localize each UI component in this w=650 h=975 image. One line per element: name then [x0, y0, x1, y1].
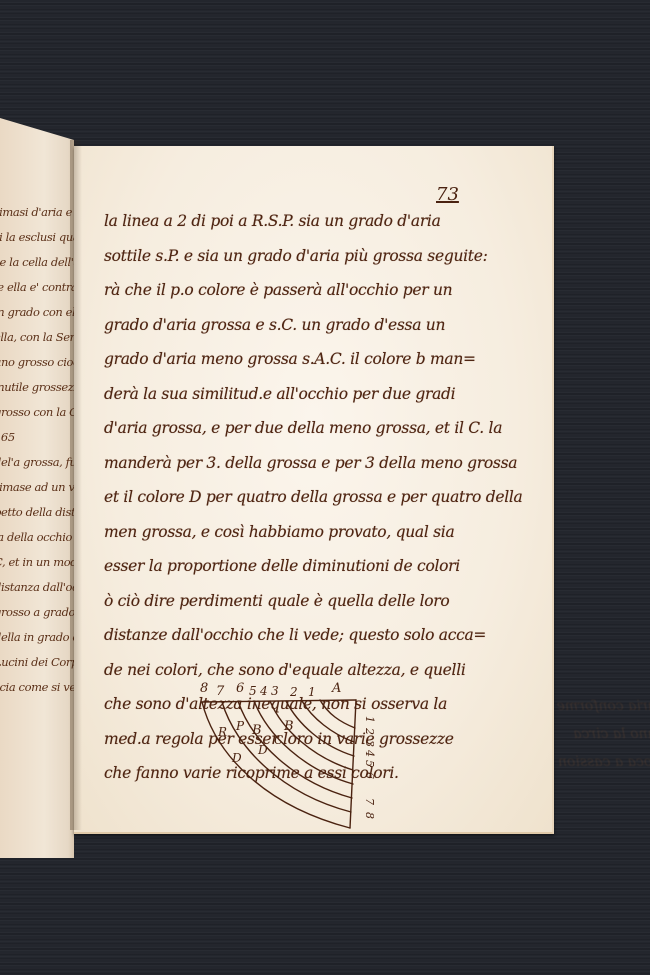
left-line: distanza dall'occhio a [0, 575, 74, 600]
left-line: in grado con ella arangia [0, 300, 74, 325]
manuscript-line: la linea a 2 di poi a R.S.P. sia un grad… [104, 204, 494, 239]
diagram-side-label: 3 [363, 740, 376, 747]
diagram-top-label: 1 [308, 685, 316, 699]
diagram-point-label: D [231, 751, 242, 765]
left-line: se la cella dell'arangia [0, 250, 74, 275]
diagram-top-label: 8 [200, 681, 208, 696]
left-page-text: rimasi d'aria e uno inferior a ri la esc… [0, 200, 74, 700]
diagram-corner-label-a: A [331, 681, 341, 696]
diagram-top-label: 4 [259, 684, 268, 698]
book-gutter-shadow [70, 140, 82, 830]
manuscript-line: d'aria grossa, e per due della meno gros… [104, 411, 494, 446]
manuscript-line: men grossa, e così habbiamo provato, qua… [104, 515, 494, 550]
diagram-side-label: 1 [363, 716, 376, 723]
left-page-verso: rimasi d'aria e uno inferior a ri la esc… [0, 118, 74, 858]
diagram-drawing: 8 7 6 5 4 3 2 1 A 1 2 3 4 5 6 7 8 R P B [196, 676, 376, 836]
left-line: Lucini dei Corpi, che [0, 650, 74, 675]
left-line: inutile grossezza d'aranzo [0, 375, 74, 400]
manuscript-line: ò ciò dire perdimenti quale è quella del… [104, 584, 494, 619]
diagram-point-label: B [283, 719, 294, 734]
diagram-top-label: 2 [289, 685, 298, 699]
left-line: la della occhio gittato [0, 525, 74, 550]
air-gradation-diagram: 8 7 6 5 4 3 2 1 A 1 2 3 4 5 6 7 8 R P B [196, 676, 376, 840]
diagram-side-label: 6 [363, 772, 376, 779]
diagram-point-label: D [257, 743, 268, 757]
diagram-point-label: P [235, 719, 245, 733]
diagram-point-label: C [274, 733, 283, 747]
diagram-side-label: 7 [363, 798, 376, 805]
diagram-side-label: 8 [363, 812, 376, 819]
diagram-top-label: 7 [216, 684, 225, 699]
manuscript-line: distanze dall'occhio che li vede; questo… [104, 618, 494, 653]
left-line: le ella e' contrassegnata da [0, 275, 74, 300]
manuscript-line: grado d'aria grossa e s.C. un grado d'es… [104, 308, 494, 343]
manuscript-line: manderà per 3. della grossa e per 3 dell… [104, 446, 494, 481]
left-line: petto della distanza delle [0, 500, 74, 525]
diagram-top-label: 6 [236, 681, 244, 696]
diagram-point-label: R [217, 725, 227, 739]
left-line: ri la esclusi quanto d'arang [0, 225, 74, 250]
left-line: della in grado et [0, 625, 74, 650]
left-line: ella, con la Sera [0, 325, 74, 350]
diagram-side-label: 2 [363, 727, 376, 735]
left-line: del'a grossa, furono [0, 450, 74, 475]
left-line: C, et in un modo [0, 550, 74, 575]
diagram-side-label: 4 [363, 749, 376, 757]
left-line: grosso con la Cola [0, 400, 74, 425]
diagram-point-label: B [251, 723, 262, 738]
manuscript-line: et il colore D per quatro della grossa e… [104, 480, 494, 515]
left-line: scia come si vede segno [0, 675, 74, 700]
manuscript-line: sottile s.P. e sia un grado d'aria più g… [104, 239, 494, 274]
folio-number: 73 [436, 184, 459, 205]
left-line: uno grosso cioè della [0, 350, 74, 375]
diagram-side-label: 5 [363, 760, 376, 767]
right-page-recto: 73 la linea a 2 di poi a R.S.P. sia un g… [74, 146, 554, 834]
manuscript-line: grado d'aria meno grossa s.A.C. il color… [104, 342, 494, 377]
manuscript-line: rà che il p.o colore è passerà all'occhi… [104, 273, 494, 308]
diagram-top-label: 3 [271, 684, 279, 698]
left-line: rimase ad un viridem: [0, 475, 74, 500]
left-line: rimasi d'aria e uno inferior a [0, 200, 74, 225]
manuscript-line: esser la proportione delle diminutioni d… [104, 549, 494, 584]
left-line: grosso a grado Crescie [0, 600, 74, 625]
manuscript-line: derà la sua similitud.e all'occhio per d… [104, 377, 494, 412]
left-line: 165 [0, 425, 74, 450]
diagram-top-label: 5 [249, 684, 257, 698]
